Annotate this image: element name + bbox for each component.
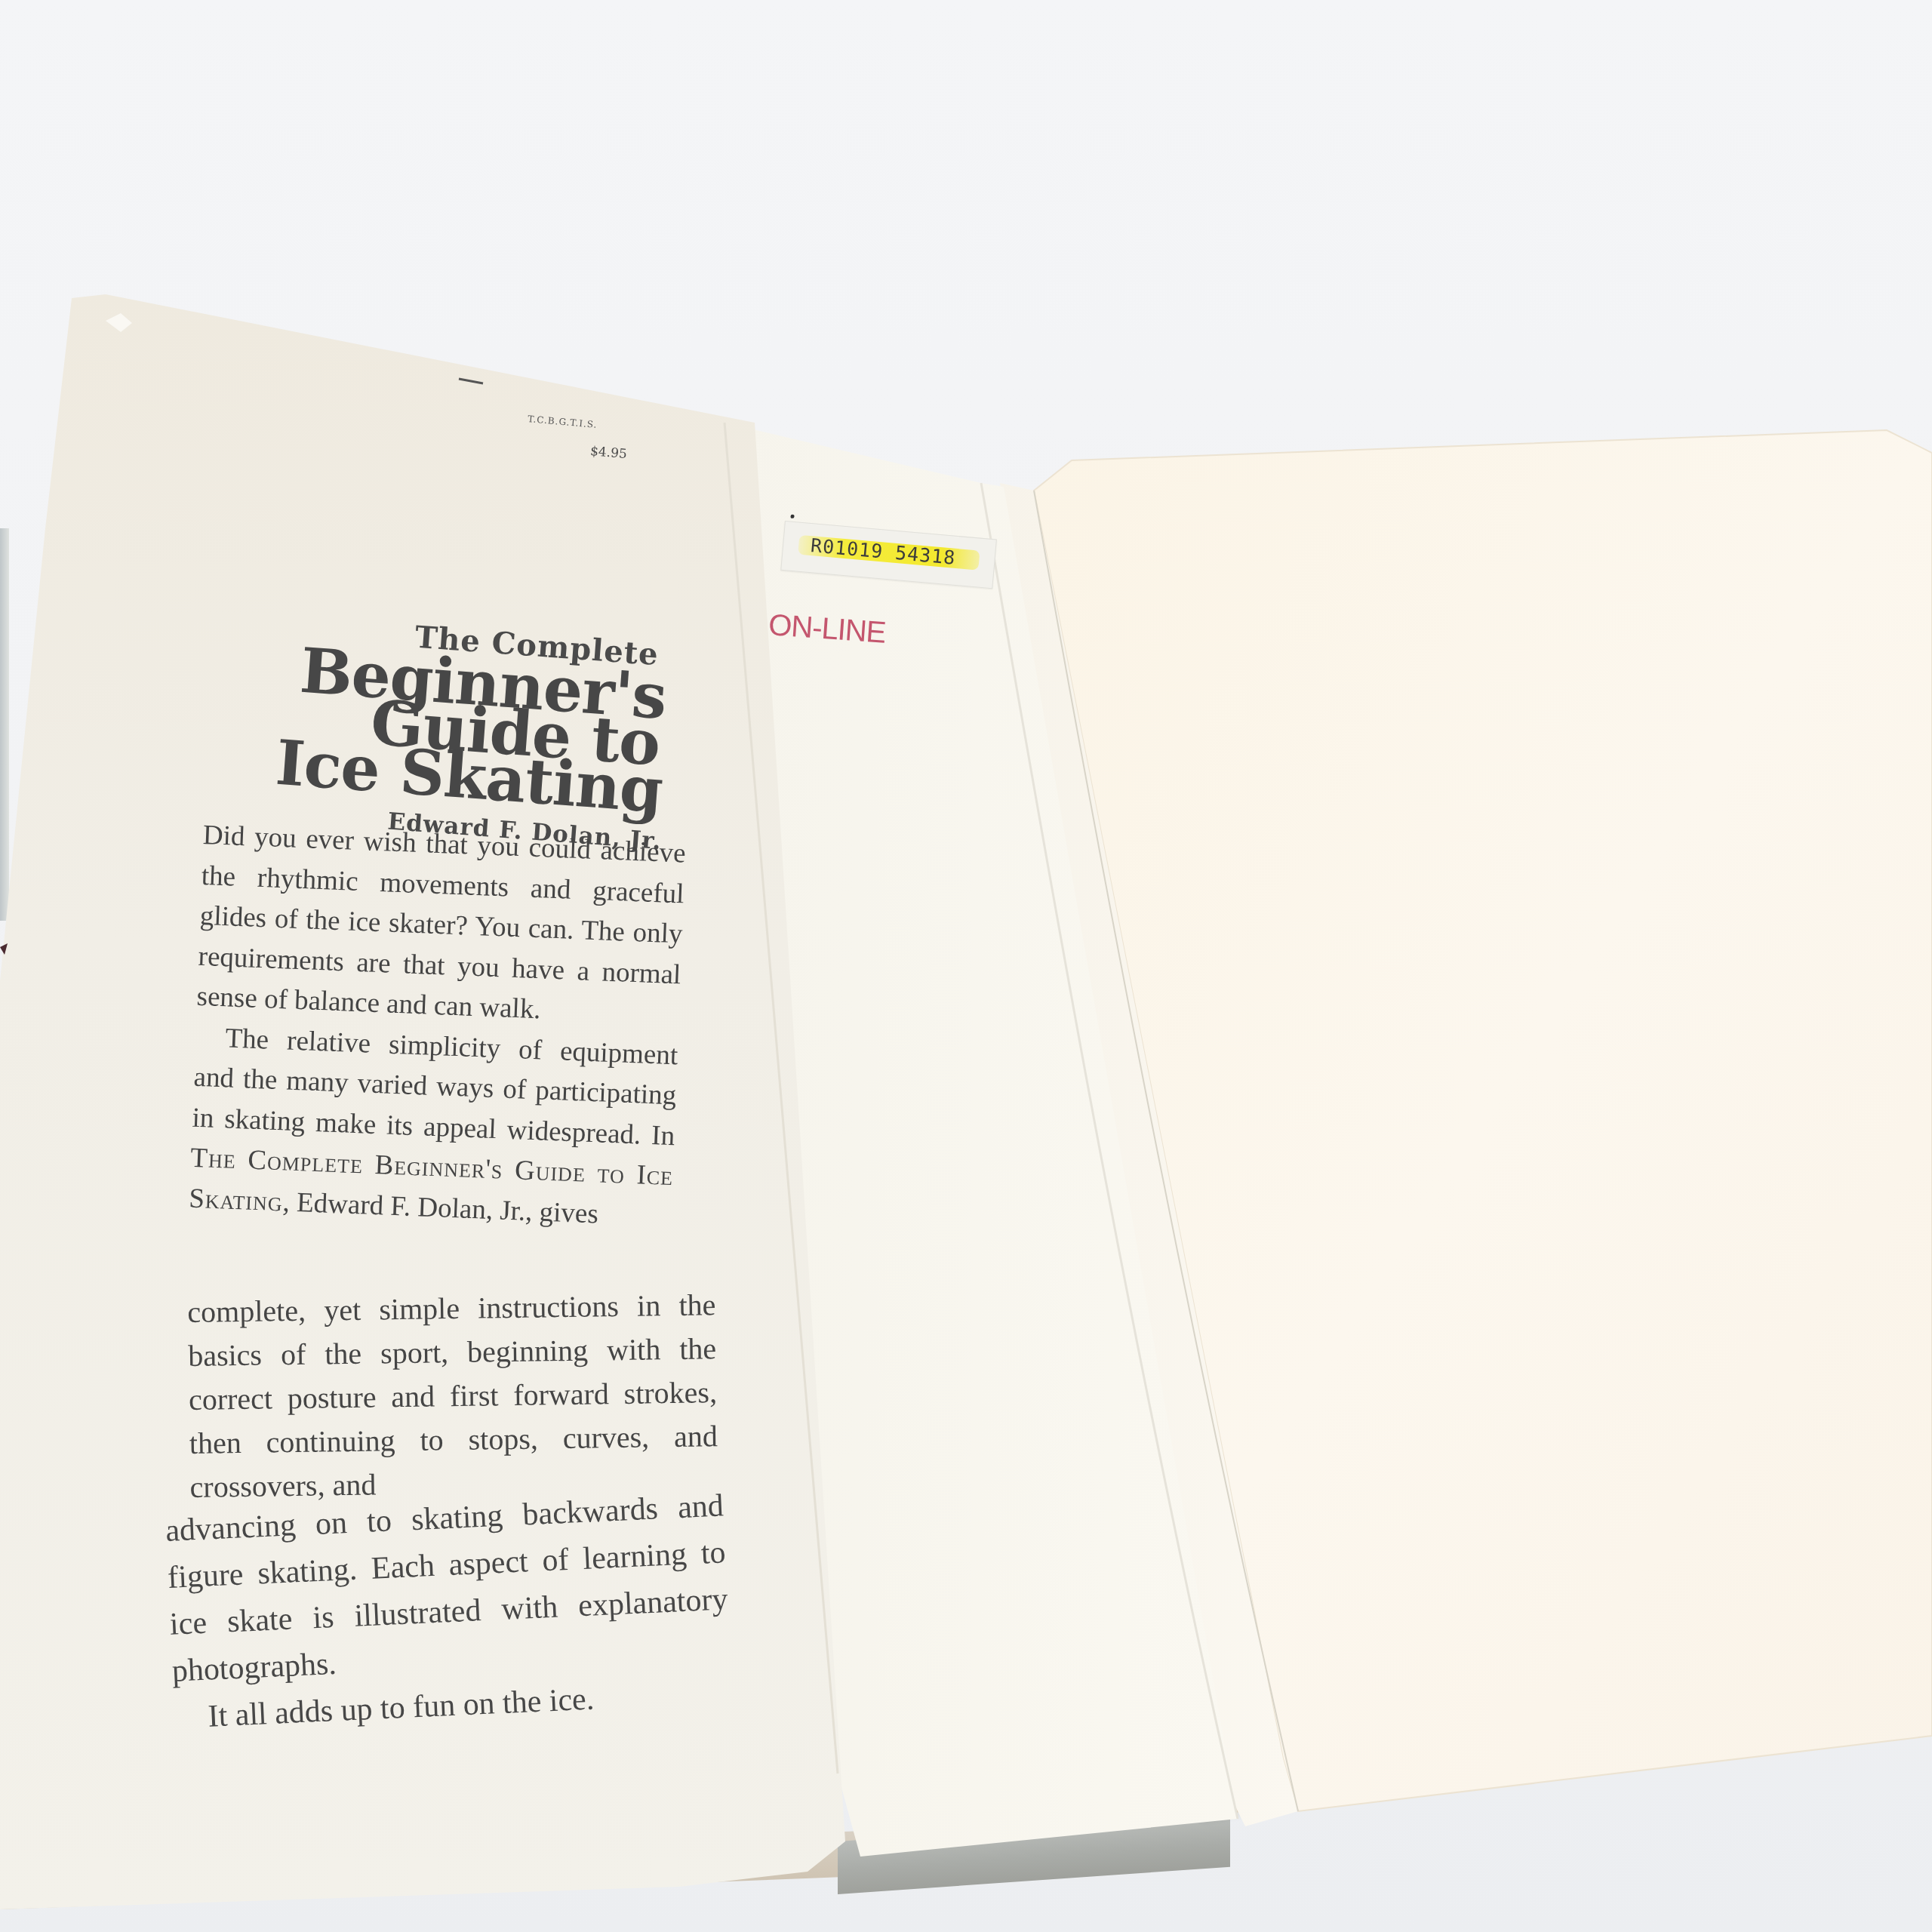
flap-blurb-bottom: advancing on to skating backwards and fi… bbox=[165, 1482, 733, 1741]
blurb-paragraph-2-end: advancing on to skating backwards and fi… bbox=[165, 1482, 731, 1694]
flap-blurb-top: Did you ever wish that you could achieve… bbox=[188, 815, 686, 1237]
blurb-text: The relative simplicity of equipment and… bbox=[192, 1023, 678, 1152]
blurb-text: , Edward F. Dolan, Jr., gives bbox=[282, 1186, 599, 1229]
blurb-paragraph-1: Did you ever wish that you could achieve… bbox=[196, 815, 687, 1035]
book-photo-scene: T.C.B.G.T.I.S. $4.95 The Complete Beginn… bbox=[0, 0, 1932, 1932]
blurb-paragraph-2-middle: complete, yet simple instructions in the… bbox=[187, 1283, 718, 1509]
barcode-number: R01019 54318 bbox=[810, 534, 956, 569]
blurb-paragraph-2-start: The relative simplicity of equipment and… bbox=[188, 1017, 678, 1237]
price: $4.95 bbox=[589, 444, 627, 462]
flap-blurb-middle: complete, yet simple instructions in the… bbox=[187, 1283, 718, 1509]
